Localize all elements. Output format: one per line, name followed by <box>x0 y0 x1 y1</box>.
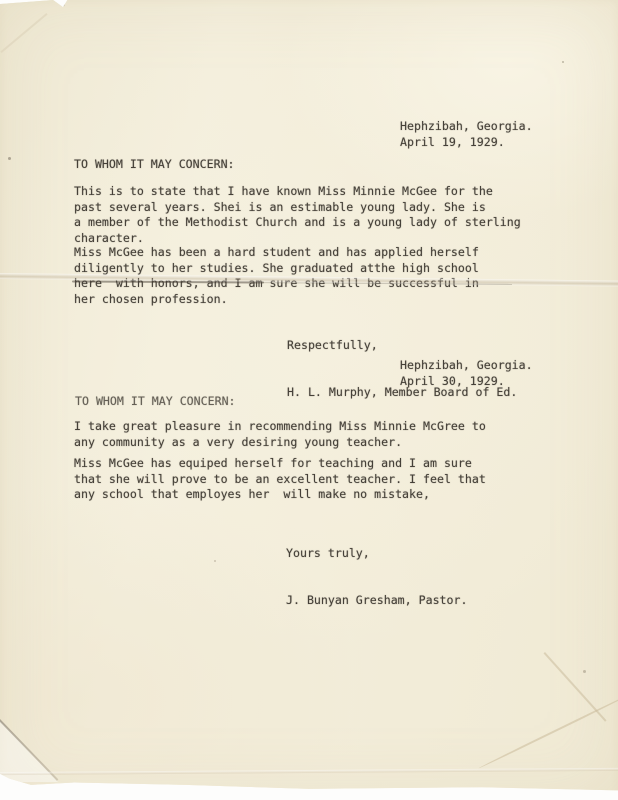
letter1-paragraph-2: Miss McGee has been a hard student and h… <box>74 245 479 307</box>
letter2-paragraph-2: Miss McGee has equiped herself for teach… <box>74 456 486 503</box>
top-edge-notch-speck <box>61 0 65 6</box>
bottom-right-curved-crease <box>478 693 618 769</box>
paper-speck <box>562 61 564 63</box>
letter2-salutation: TO WHOM IT MAY CONCERN: <box>75 394 236 410</box>
scanned-letter-page: Hephzibah, Georgia. April 19, 1929. TO W… <box>0 0 618 800</box>
paper-speck <box>214 560 216 562</box>
bottom-right-diagonal-crease <box>544 652 607 721</box>
top-left-diagonal-crease <box>0 13 47 53</box>
paper-sheet: Hephzibah, Georgia. April 19, 1929. TO W… <box>0 0 618 796</box>
letter2-signature: J. Bunyan Gresham, Pastor. <box>286 593 467 609</box>
letter2-place-date: Hephzibah, Georgia. April 30, 1929. <box>400 358 533 389</box>
letter1-paragraph-1: This is to state that I have known Miss … <box>74 184 521 246</box>
letter1-salutation: TO WHOM IT MAY CONCERN: <box>74 157 235 173</box>
letter2-paragraph-1: I take great pleasure in recommending Mi… <box>74 419 486 450</box>
paper-speck <box>583 670 586 673</box>
paper-speck <box>8 157 11 160</box>
letter1-closing: Respectfully, <box>287 338 517 354</box>
letter2-signoff: Yours truly, J. Bunyan Gresham, Pastor. <box>286 515 467 639</box>
letter1-place-date: Hephzibah, Georgia. April 19, 1929. <box>400 119 533 150</box>
bottom-crease <box>0 768 618 775</box>
letter2-closing: Yours truly, <box>286 546 467 562</box>
